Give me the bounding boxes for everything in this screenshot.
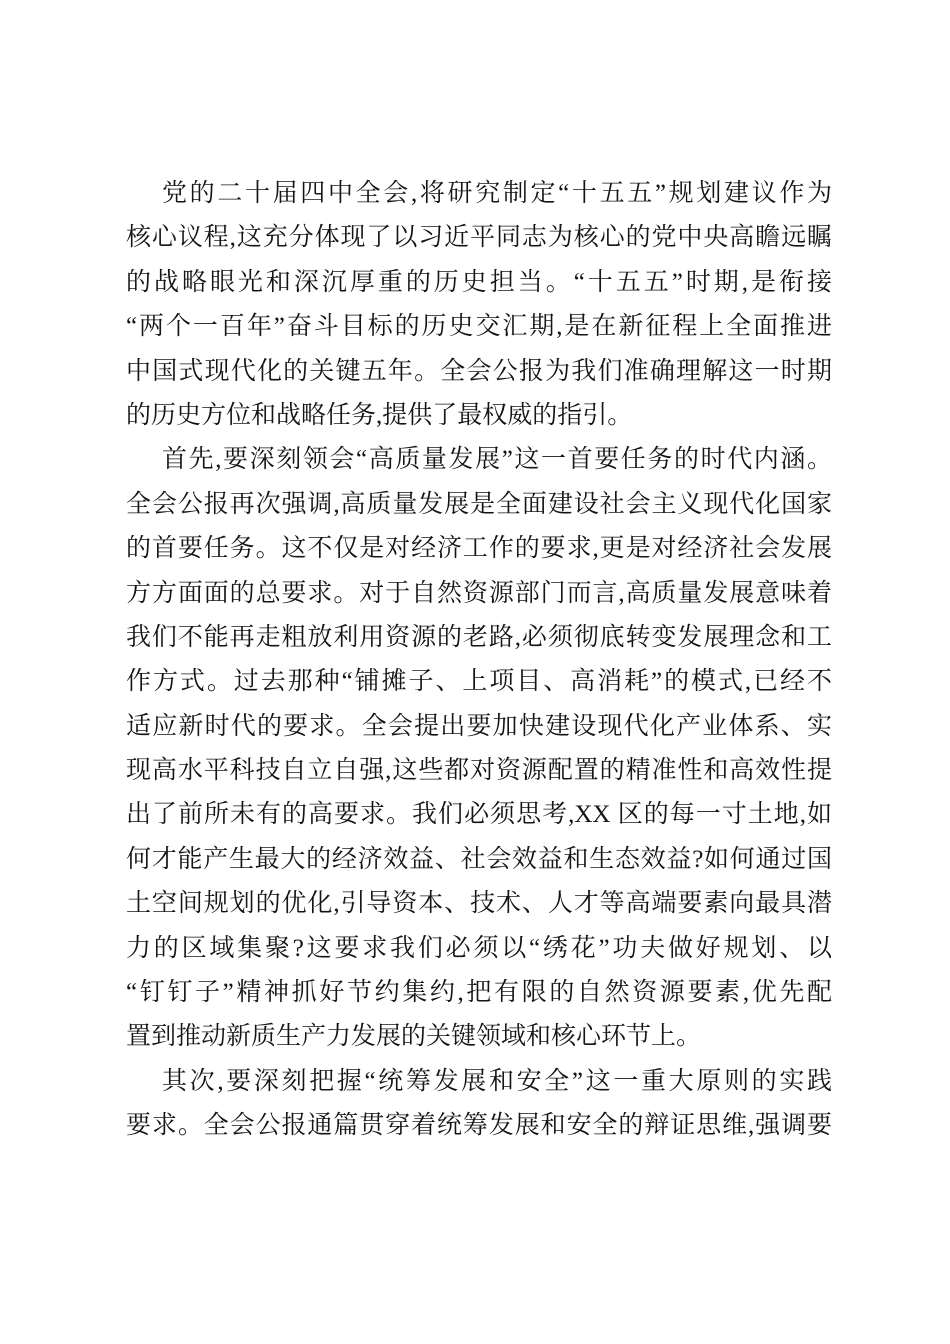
text-line: 首先,要深刻领会“高质量发展”这一首要任务的时代内涵。 [126,438,832,482]
text-line: “钉钉子”精神抓好节约集约,把有限的自然资源要素,优先配 [126,971,832,1015]
text-line: 现高水平科技自立自强,这些都对资源配置的精准性和高效性提 [126,749,832,793]
text-line: 的历史方位和战略任务,提供了最权威的指引。 [126,394,832,438]
document-body: 党的二十届四中全会,将研究制定“十五五”规划建议作为核心议程,这充分体现了以习近… [126,172,832,1149]
text-line: 的战略眼光和深沉厚重的历史担当。“十五五”时期,是衔接 [126,261,832,305]
text-line: 出了前所未有的高要求。我们必须思考,XX 区的每一寸土地,如 [126,793,832,837]
text-line: 土空间规划的优化,引导资本、技术、人才等高端要素向最具潜 [126,882,832,926]
text-line: 置到推动新质生产力发展的关键领域和核心环节上。 [126,1015,832,1059]
text-line: 力的区域集聚?这要求我们必须以“绣花”功夫做好规划、以 [126,927,832,971]
text-line: 何才能产生最大的经济效益、社会效益和生态效益?如何通过国 [126,838,832,882]
paragraph: 首先,要深刻领会“高质量发展”这一首要任务的时代内涵。全会公报再次强调,高质量发… [126,438,832,1059]
text-line: 其次,要深刻把握“统筹发展和安全”这一重大原则的实践 [126,1060,832,1104]
text-line: 方方面面的总要求。对于自然资源部门而言,高质量发展意味着 [126,572,832,616]
paragraph: 其次,要深刻把握“统筹发展和安全”这一重大原则的实践要求。全会公报通篇贯穿着统筹… [126,1060,832,1149]
document-page: 党的二十届四中全会,将研究制定“十五五”规划建议作为核心议程,这充分体现了以习近… [0,0,950,1344]
text-line: 核心议程,这充分体现了以习近平同志为核心的党中央高瞻远瞩 [126,216,832,260]
text-line: 适应新时代的要求。全会提出要加快建设现代化产业体系、实 [126,705,832,749]
text-line: 中国式现代化的关键五年。全会公报为我们准确理解这一时期 [126,350,832,394]
paragraph: 党的二十届四中全会,将研究制定“十五五”规划建议作为核心议程,这充分体现了以习近… [126,172,832,438]
text-line: 要求。全会公报通篇贯穿着统筹发展和安全的辩证思维,强调要 [126,1104,832,1148]
text-line: 党的二十届四中全会,将研究制定“十五五”规划建议作为 [126,172,832,216]
text-line: “两个一百年”奋斗目标的历史交汇期,是在新征程上全面推进 [126,305,832,349]
text-line: 作方式。过去那种“铺摊子、上项目、高消耗”的模式,已经不 [126,660,832,704]
text-line: 的首要任务。这不仅是对经济工作的要求,更是对经济社会发展 [126,527,832,571]
text-line: 全会公报再次强调,高质量发展是全面建设社会主义现代化国家 [126,483,832,527]
text-line: 我们不能再走粗放利用资源的老路,必须彻底转变发展理念和工 [126,616,832,660]
